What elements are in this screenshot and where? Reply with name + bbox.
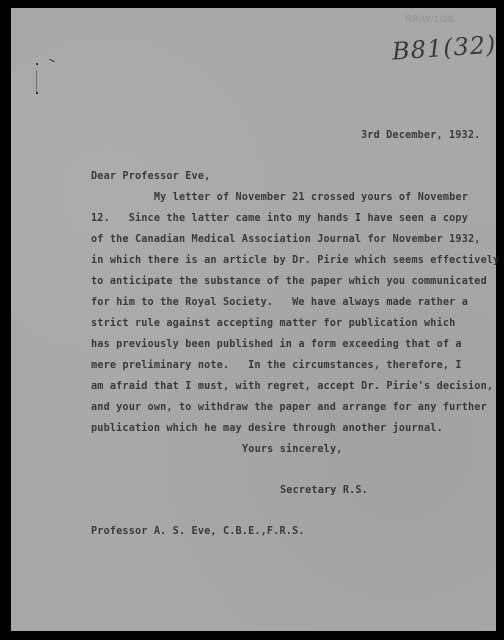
- salutation: Dear Professor Eve,: [91, 171, 210, 182]
- body-line: am afraid that I must, with regret, acce…: [91, 381, 493, 392]
- body-line: of the Canadian Medical Association Jour…: [91, 234, 481, 245]
- letter-date: 3rd December, 1932.: [361, 130, 480, 141]
- handwritten-folio-number: B81(32): [391, 30, 497, 65]
- body-line: in which there is an article by Dr. Piri…: [91, 255, 499, 266]
- body-line: to anticipate the substance of the paper…: [91, 276, 487, 287]
- body-line: and your own, to withdraw the paper and …: [91, 402, 487, 413]
- body-line: strict rule against accepting matter for…: [91, 318, 455, 329]
- body-line: My letter of November 21 crossed yours o…: [91, 192, 468, 203]
- closing: Yours sincerely,: [242, 444, 343, 455]
- margin-punch-mark: [36, 63, 38, 65]
- body-line: publication which he may desire through …: [91, 423, 443, 434]
- margin-tick-mark: [49, 59, 55, 62]
- margin-punch-mark: [36, 92, 38, 94]
- signature-title: Secretary R.S.: [280, 485, 368, 496]
- addressee: Professor A. S. Eve, C.B.E.,F.R.S.: [91, 526, 305, 537]
- body-line: mere preliminary note. In the circumstan…: [91, 360, 462, 371]
- margin-punch-line: [36, 70, 37, 92]
- body-line: has previously been published in a form …: [91, 339, 462, 350]
- archive-reference-stamp: RR/W/1/38: [405, 14, 454, 24]
- letter-page: RR/W/1/38 B81(32) 3rd December, 1932. De…: [11, 8, 496, 631]
- body-line: 12. Since the latter came into my hands …: [91, 213, 468, 224]
- body-line: for him to the Royal Society. We have al…: [91, 297, 468, 308]
